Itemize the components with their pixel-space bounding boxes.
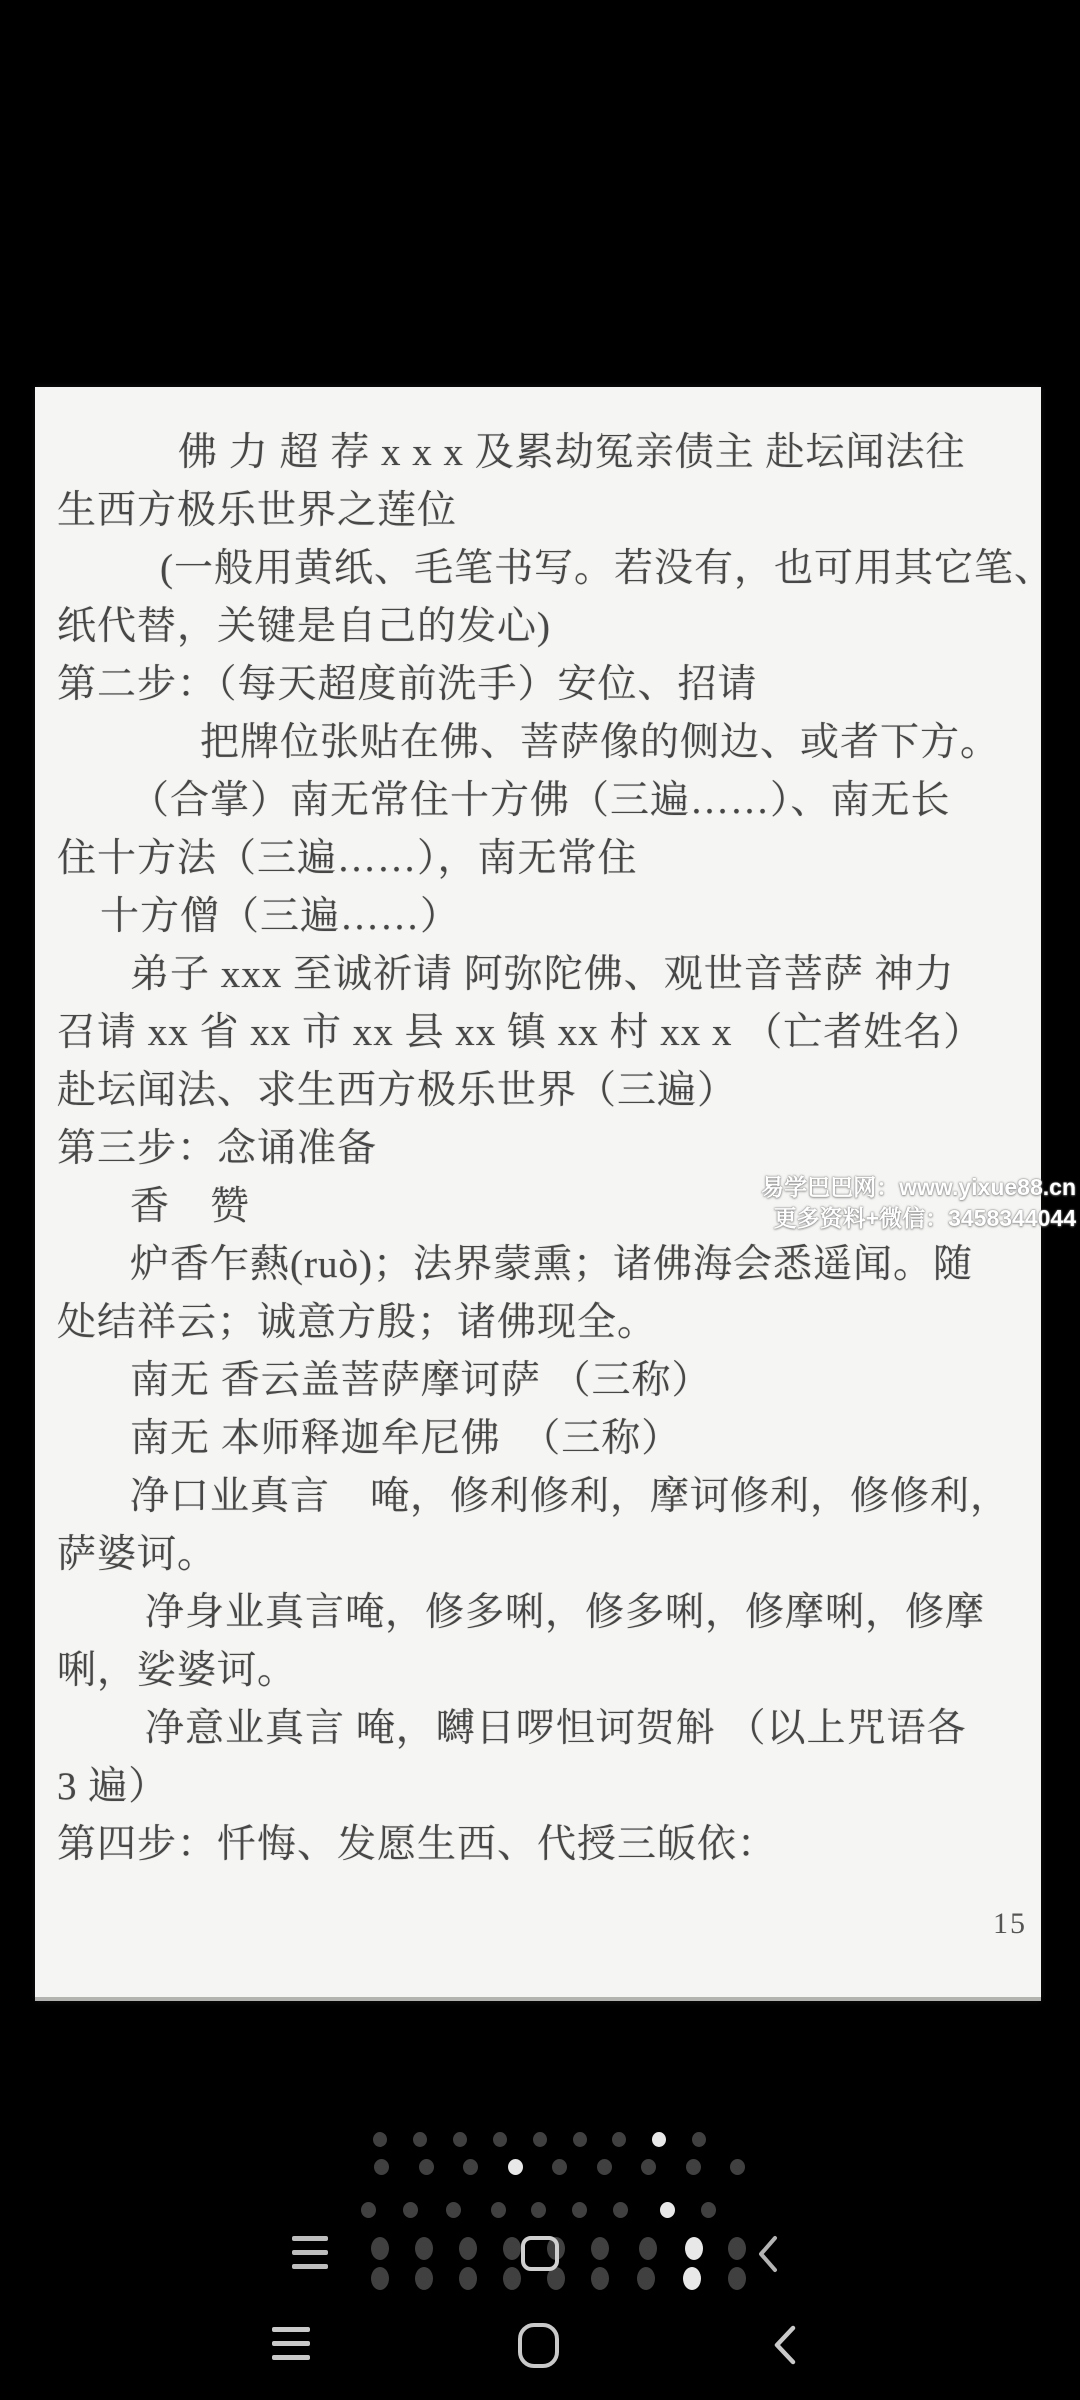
menu-icon[interactable] [292, 2236, 328, 2278]
menu-bar [272, 2355, 310, 2360]
text-line: 佛 力 超 荐 x x x 及累劫冤亲债主 赴坛闻法往 [178, 424, 966, 482]
text-line: 第四步：忏悔、发愿生西、代授三皈依： [57, 1816, 777, 1874]
dot [591, 2267, 609, 2290]
dot [491, 2202, 506, 2218]
dot [572, 2202, 587, 2218]
dot [533, 2132, 547, 2147]
screen: 佛 力 超 荐 x x x 及累劫冤亲债主 赴坛闻法往生西方极乐世界之莲位(一般… [0, 0, 1080, 2400]
dot-highlight [508, 2159, 523, 2175]
dot [531, 2202, 546, 2218]
dot [641, 2159, 656, 2175]
dot [413, 2132, 427, 2147]
text-line: 第二步：（每天超度前洗手）安位、招请 [57, 656, 758, 714]
dot [415, 2267, 433, 2290]
dot [374, 2159, 389, 2175]
dot [373, 2132, 387, 2147]
home-icon[interactable] [521, 2236, 559, 2271]
text-line: 净身业真言唵，修多唎，修多唎，修摩唎，修摩 [145, 1584, 985, 1642]
text-line: 萨婆诃。 [57, 1526, 217, 1584]
text-line: 把牌位张贴在佛、菩萨像的侧边、或者下方。 [200, 714, 1000, 772]
dot [728, 2237, 746, 2260]
text-line: 处结祥云；诚意方殷；诸佛现全。 [57, 1294, 657, 1352]
text-line: 纸代替，关键是自己的发心) [57, 598, 551, 656]
dot [463, 2159, 478, 2175]
dot [371, 2267, 389, 2290]
text-line: 炉香乍爇(ruò)；法界蒙熏；诸佛海会悉遥闻。随 [130, 1236, 973, 1294]
menu-icon[interactable] [272, 2327, 310, 2369]
dot [701, 2202, 716, 2218]
text-line: 净口业真言 唵，修利修利，摩诃修利，修修利， [130, 1468, 1010, 1526]
dot [415, 2237, 433, 2260]
watermark: 易学巴巴网：www.yixue88.cn 更多资料+微信：3458344044 [761, 1172, 1076, 1234]
dot [686, 2159, 701, 2175]
text-line: 香 赞 [130, 1178, 250, 1236]
dot [639, 2237, 657, 2260]
back-icon[interactable] [756, 2235, 780, 2273]
text-line: 南无 香云盖菩萨摩诃萨 （三称） [130, 1352, 712, 1410]
watermark-wechat-line: 更多资料+微信：3458344044 [761, 1203, 1076, 1234]
home-icon[interactable] [518, 2323, 559, 2368]
text-line: （合掌）南无常住十方佛（三遍……）、南无长 [130, 772, 951, 830]
dot [613, 2202, 628, 2218]
text-line: 第三步：念诵准备 [57, 1120, 377, 1178]
watermark-site-line: 易学巴巴网：www.yixue88.cn [761, 1172, 1076, 1203]
dot [552, 2159, 567, 2175]
dot [612, 2132, 626, 2147]
dot-highlight [652, 2132, 666, 2147]
text-line: 南无 本师释迦牟尼佛 （三称） [130, 1410, 681, 1468]
dot [371, 2237, 389, 2260]
dot [361, 2202, 376, 2218]
dot [730, 2159, 745, 2175]
dot [692, 2132, 706, 2147]
text-line: 弟子 xxx 至诚祈请 阿弥陀佛、观世音菩萨 神力 [130, 946, 955, 1004]
dot [446, 2202, 461, 2218]
dot [419, 2159, 434, 2175]
dot-highlight [683, 2267, 701, 2290]
dot [573, 2132, 587, 2147]
text-line: 赴坛闻法、求生西方极乐世界（三遍） [57, 1062, 737, 1120]
text-line: 净意业真言 唵，嚩日啰怛诃贺斛 （以上咒语各 [145, 1700, 967, 1758]
dot [493, 2132, 507, 2147]
dot-highlight [660, 2202, 675, 2218]
menu-bar [292, 2264, 328, 2269]
text-line: 唎，娑婆诃。 [57, 1642, 297, 1700]
dot [453, 2132, 467, 2147]
dot [591, 2237, 609, 2260]
menu-bar [272, 2327, 310, 2332]
menu-bar [292, 2236, 328, 2241]
dot [637, 2267, 655, 2290]
text-line: 生西方极乐世界之莲位 [57, 482, 457, 540]
dot [503, 2237, 521, 2260]
back-icon[interactable] [772, 2325, 798, 2365]
text-line: 召请 xx 省 xx 市 xx 县 xx 镇 xx 村 xx x （亡者姓名） [57, 1004, 983, 1062]
dot-highlight [685, 2237, 703, 2260]
dot [728, 2267, 746, 2290]
text-line: (一般用黄纸、毛笔书写。若没有，也可用其它笔、 [160, 540, 1054, 598]
menu-bar [292, 2250, 328, 2255]
dot [503, 2267, 521, 2290]
text-line: 十方僧（三遍……） [100, 888, 460, 946]
dot [597, 2159, 612, 2175]
dot [459, 2267, 477, 2290]
dot [403, 2202, 418, 2218]
page-number: 15 [993, 1907, 1027, 1941]
menu-bar [272, 2341, 310, 2346]
dot [459, 2237, 477, 2260]
text-line: 住十方法（三遍……），南无常住 [57, 830, 638, 888]
text-line: 3 遍） [57, 1758, 168, 1816]
